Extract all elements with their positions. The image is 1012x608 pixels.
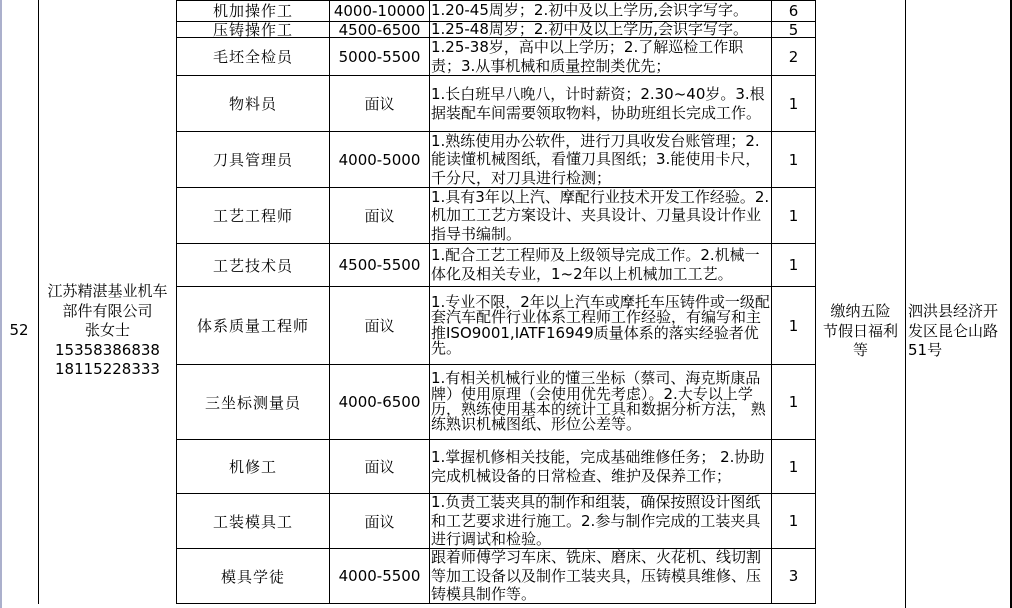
job-headcount-cell: 1 bbox=[772, 494, 816, 549]
job-headcount-cell: 1 bbox=[772, 440, 816, 494]
job-salary-cell: 4500-6500 bbox=[330, 22, 430, 38]
address-cell: 泗洪县经济开发区昆仑山路51号 bbox=[906, 0, 1012, 608]
job-salary-cell: 4000-10000 bbox=[330, 0, 430, 22]
job-salary-cell: 4500-5500 bbox=[330, 244, 430, 287]
job-headcount-cell: 5 bbox=[772, 22, 816, 38]
job-title-cell: 三坐标测量员 bbox=[177, 365, 330, 440]
job-title-cell: 压铸操作工 bbox=[177, 22, 330, 38]
job-requirements-cell: 1.有相关机械行业的懂三坐标（蔡司、海克斯康品牌）使用原理（会使用优先考虑）。2… bbox=[430, 365, 772, 440]
job-salary-cell: 面议 bbox=[330, 494, 430, 549]
job-title-cell: 工装模具工 bbox=[177, 494, 330, 549]
job-requirements-cell: 1.长白班早八晚八，计时薪资；2.30~40岁。3.根据装配车间需要领取物料，协… bbox=[430, 76, 772, 132]
job-headcount-cell: 1 bbox=[772, 287, 816, 365]
job-title-cell: 工艺技术员 bbox=[177, 244, 330, 287]
job-requirements-cell: 1.25-48周岁；2.初中及以上学历,会识字写字。 bbox=[430, 22, 772, 38]
job-salary-cell: 5000-5500 bbox=[330, 38, 430, 76]
table-top-border bbox=[177, 0, 816, 1]
company-contact-cell: 江苏精湛基业机车 部件有限公司 张女士 15358386838 18115228… bbox=[39, 0, 177, 604]
job-headcount-cell: 1 bbox=[772, 132, 816, 188]
job-title-cell: 物料员 bbox=[177, 76, 330, 132]
job-headcount-cell: 1 bbox=[772, 365, 816, 440]
job-title-cell: 毛坯全检员 bbox=[177, 38, 330, 76]
job-title-cell: 体系质量工程师 bbox=[177, 287, 330, 365]
job-headcount-cell: 1 bbox=[772, 244, 816, 287]
job-listings-table: 52 江苏精湛基业机车 部件有限公司 张女士 15358386838 18115… bbox=[0, 0, 1012, 608]
job-requirements-cell: 1.具有3年以上汽、摩配行业技术开发工作经验。2.机加工工艺方案设计、夹具设计、… bbox=[430, 188, 772, 244]
job-requirements-cell: 跟着师傅学习车床、铣床、磨床、火花机、线切割等加工设备以及制作工装夹具，压铸模具… bbox=[430, 549, 772, 604]
welfare-cell: 缴纳五险 节假日福利 等 bbox=[816, 0, 906, 608]
job-requirements-cell: 1.掌握机修相关技能，完成基础维修任务； 2.协助完成机械设备的日常检查、维护及… bbox=[430, 440, 772, 494]
row-number: 52 bbox=[0, 321, 38, 341]
job-requirements-cell: 1.配合工艺工程师及上级领导完成工作。2.机械一体化及相关专业，1~2年以上机械… bbox=[430, 244, 772, 287]
job-requirements-cell: 1.熟练使用办公软件，进行刀具收发台账管理；2.能读懂机械图纸，看懂刀具图纸；3… bbox=[430, 132, 772, 188]
job-requirements-cell: 1.负责工装夹具的制作和组装，确保按照设计图纸和工艺要求进行施工。2.参与制作完… bbox=[430, 494, 772, 549]
job-salary-cell: 面议 bbox=[330, 287, 430, 365]
job-salary-cell: 4000-5500 bbox=[330, 549, 430, 604]
sheet-left-edge-line bbox=[0, 0, 2, 608]
row-number-cell: 52 bbox=[0, 0, 39, 604]
job-requirements-cell: 1.20-45周岁；2.初中及以上学历,会识字写字。 bbox=[430, 0, 772, 22]
job-headcount-cell: 1 bbox=[772, 188, 816, 244]
job-title-cell: 工艺工程师 bbox=[177, 188, 330, 244]
job-headcount-cell: 2 bbox=[772, 38, 816, 76]
job-title-cell: 机加操作工 bbox=[177, 0, 330, 22]
job-salary-cell: 面议 bbox=[330, 76, 430, 132]
job-headcount-cell: 6 bbox=[772, 0, 816, 22]
job-title-cell: 刀具管理员 bbox=[177, 132, 330, 188]
job-salary-cell: 面议 bbox=[330, 188, 430, 244]
job-salary-cell: 面议 bbox=[330, 440, 430, 494]
job-salary-cell: 4000-6500 bbox=[330, 365, 430, 440]
job-title-cell: 模具学徒 bbox=[177, 549, 330, 604]
job-requirements-cell: 1.专业不限，2年以上汽车或摩托车压铸件或一级配套汽车配件行业体系工程师工作经验… bbox=[430, 287, 772, 365]
job-headcount-cell: 1 bbox=[772, 76, 816, 132]
job-requirements-cell: 1.25-38岁，高中以上学历；2.了解巡检工作职责；3.从事机械和质量控制类优… bbox=[430, 38, 772, 76]
job-title-cell: 机修工 bbox=[177, 440, 330, 494]
job-headcount-cell: 3 bbox=[772, 549, 816, 604]
job-salary-cell: 4000-5000 bbox=[330, 132, 430, 188]
